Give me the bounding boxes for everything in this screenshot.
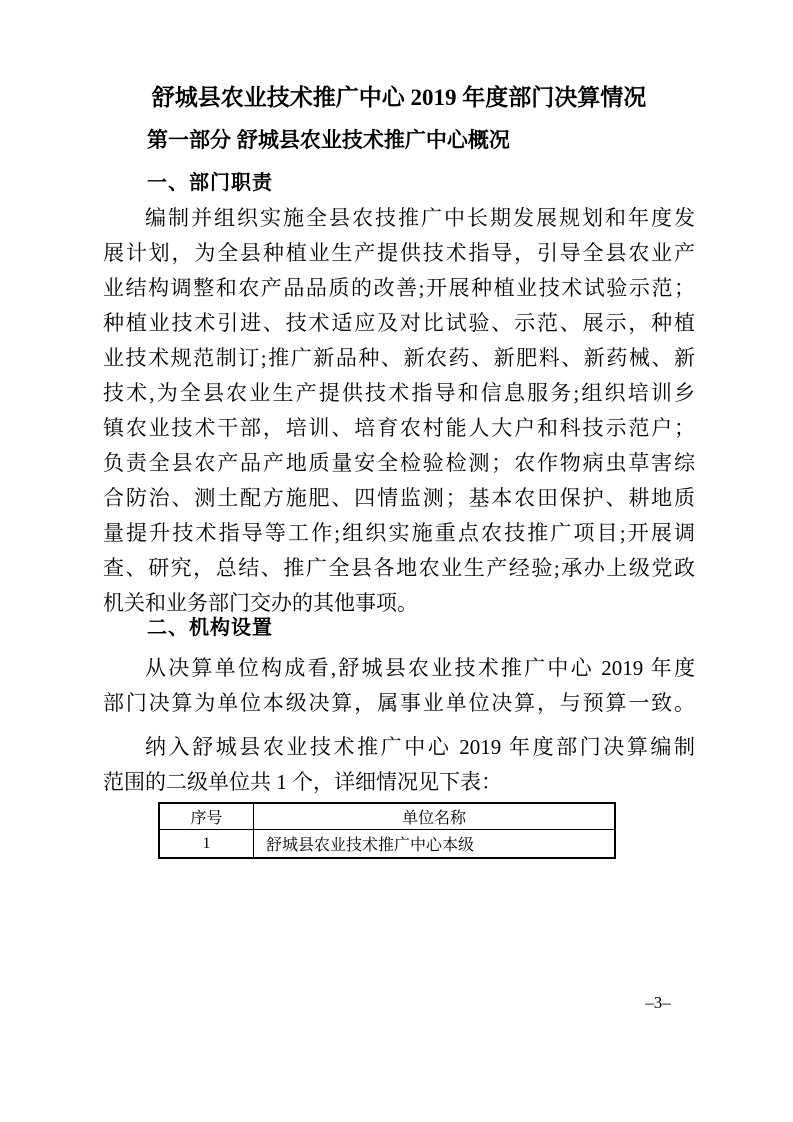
page-number: –3– <box>613 992 703 1014</box>
section-2-heading: 二、机构设置 <box>147 611 273 646</box>
paragraph-line: 技术,为全县农业生产提供技术指导和信息服务;组织培训乡 <box>103 376 695 411</box>
paragraph-line: 范围的二级单位共 1 个，详细情况见下表： <box>103 765 695 800</box>
section-2-paragraph-1: 从决算单位构成看,舒城县农业技术推广中心 2019 年度 部门决算为单位本级决算… <box>103 651 695 721</box>
section-1-heading: 一、部门职责 <box>147 166 273 201</box>
paragraph-line: 负责全县农产品产地质量安全检验检测；农作物病虫草害综 <box>103 446 695 481</box>
section-1-paragraph: 编制并组织实施全县农技推广中长期发展规划和年度发 展计划，为全县种植业生产提供技… <box>103 201 695 621</box>
paragraph-line: 合防治、测土配方施肥、四情监测；基本农田保护、耕地质 <box>103 481 695 516</box>
unit-table-header-row: 序号 单位名称 <box>159 803 615 830</box>
unit-index-cell: 1 <box>159 830 254 859</box>
paragraph-line: 纳入舒城县农业技术推广中心 2019 年度部门决算编制 <box>103 730 695 765</box>
paragraph-line: 业结构调整和农产品品质的改善;开展种植业技术试验示范； <box>103 271 695 306</box>
paragraph-line: 展计划，为全县种植业生产提供技术指导，引导全县农业产 <box>103 236 695 271</box>
paragraph-line: 镇农业技术干部，培训、培育农村能人大户和科技示范户； <box>103 411 695 446</box>
unit-table-header-index: 序号 <box>159 803 254 830</box>
part-heading: 第一部分 舒城县农业技术推广中心概况 <box>103 126 695 156</box>
unit-name-cell: 舒城县农业技术推广中心本级 <box>254 830 616 859</box>
unit-table: 序号 单位名称 1 舒城县农业技术推广中心本级 <box>158 802 616 859</box>
section-2-paragraph-2: 纳入舒城县农业技术推广中心 2019 年度部门决算编制 范围的二级单位共 1 个… <box>103 730 695 800</box>
document-page: 舒城县农业技术推广中心 2019 年度部门决算情况 第一部分 舒城县农业技术推广… <box>0 0 793 1122</box>
paragraph-line: 业技术规范制订;推广新品种、新农药、新肥料、新药械、新 <box>103 341 695 376</box>
paragraph-line: 编制并组织实施全县农技推广中长期发展规划和年度发 <box>103 201 695 236</box>
paragraph-line: 查、研究，总结、推广全县各地农业生产经验;承办上级党政 <box>103 551 695 586</box>
unit-table-row: 1 舒城县农业技术推广中心本级 <box>159 830 615 859</box>
paragraph-line: 从决算单位构成看,舒城县农业技术推广中心 2019 年度 <box>103 651 695 686</box>
unit-table-header-name: 单位名称 <box>254 803 616 830</box>
paragraph-line: 部门决算为单位本级决算，属事业单位决算，与预算一致。 <box>103 686 695 721</box>
paragraph-line: 种植业技术引进、技术适应及对比试验、示范、展示，种植 <box>103 306 695 341</box>
document-title: 舒城县农业技术推广中心 2019 年度部门决算情况 <box>103 83 695 113</box>
paragraph-line: 量提升技术指导等工作;组织实施重点农技推广项目;开展调 <box>103 516 695 551</box>
